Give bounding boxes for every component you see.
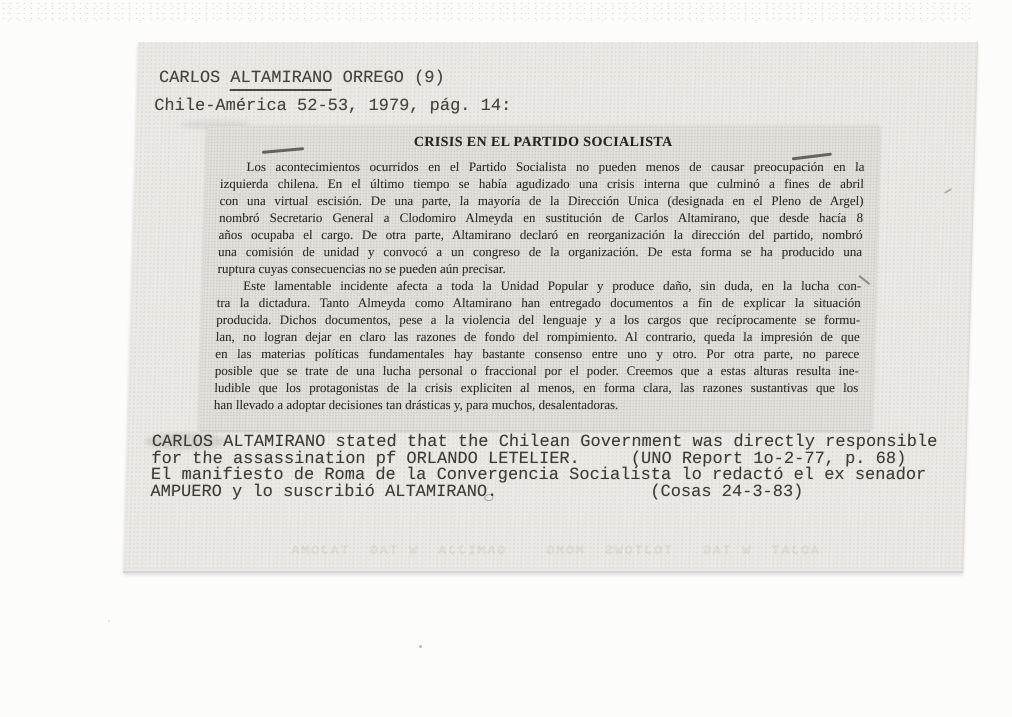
bleed-through-text: AOJAT W TAG TOJTOWS MOMG GAMIJJA W TAG T… — [274, 543, 819, 558]
clipping-paragraph-1: Los acontecimientos ocurridos en el Part… — [217, 158, 864, 277]
clipping-text-line: ruptura cuyas consecuencias no se pueden… — [217, 260, 861, 277]
typed-note-line: AMPUERO y lo suscribió ALTAMIRANO. (Cosa… — [150, 485, 926, 502]
clipping-text-line: nombró Secretario General a Clodomiro Al… — [219, 209, 863, 226]
clipping-text-line: en las materias políticas fundamentales … — [215, 345, 859, 362]
clipping-text-line: Este lamentable incidente afecta a toda … — [217, 277, 861, 294]
typed-note-english: CARLOS ALTAMIRANO stated that the Chilea… — [151, 435, 937, 468]
source-citation-line: Chile-América 52-53, 1979, pág. 14: — [154, 97, 512, 117]
subject-name-underlined: ALTAMIRANO — [230, 69, 333, 91]
subject-name-prefix: CARLOS — [159, 69, 231, 88]
scanned-document-page: CARLOS ALTAMIRANO ORREGO (9) Chile-Améri… — [0, 0, 1012, 717]
clipping-text-line: Los acontecimientos ocurridos en el Part… — [220, 158, 864, 175]
clipping-text-line: tra la dictadura. Tanto Almeyda como Alt… — [216, 294, 860, 311]
subject-name-suffix: ORREGO (9) — [332, 69, 445, 88]
clipping-text-line: con una virtual escisión. De una parte, … — [219, 192, 863, 209]
clipping-text-line: han llevado a adoptar decisiones tan drá… — [214, 396, 858, 413]
clipping-text-line: ludible que los protagonistas de la cris… — [214, 379, 858, 396]
clipping-text-line: producida. Dichos documentos, pese a la … — [216, 311, 860, 328]
scan-speck — [108, 620, 110, 622]
scanner-noise-band — [0, 1, 975, 22]
newspaper-clipping: CRISIS EN EL PARTIDO SOCIALISTA Los acon… — [199, 126, 879, 430]
clipping-text-line: posible que se trate de una lucha person… — [215, 362, 859, 379]
clipping-text-line: lan, no logran dejar en claro las razone… — [216, 328, 860, 345]
clipping-text-line: izquierda chilena. En el último tiempo s… — [220, 175, 864, 192]
clipping-headline: CRISIS EN EL PARTIDO SOCIALISTA — [221, 134, 866, 152]
subject-name-line: CARLOS ALTAMIRANO ORREGO (9) — [159, 69, 445, 89]
clipping-text-line: una comisión de unidad y convocó a un co… — [218, 243, 862, 260]
archive-card: CARLOS ALTAMIRANO ORREGO (9) Chile-Améri… — [123, 42, 978, 573]
clipping-text-line: años ocupaba el cargo. De otra parte, Al… — [218, 226, 862, 243]
typed-note-spanish: El manifiesto de Roma de la Convergencia… — [150, 468, 926, 501]
pen-speck-mark — [944, 188, 952, 193]
clipping-paragraph-2: Este lamentable incidente afecta a toda … — [214, 277, 862, 413]
scan-speck — [419, 645, 422, 648]
